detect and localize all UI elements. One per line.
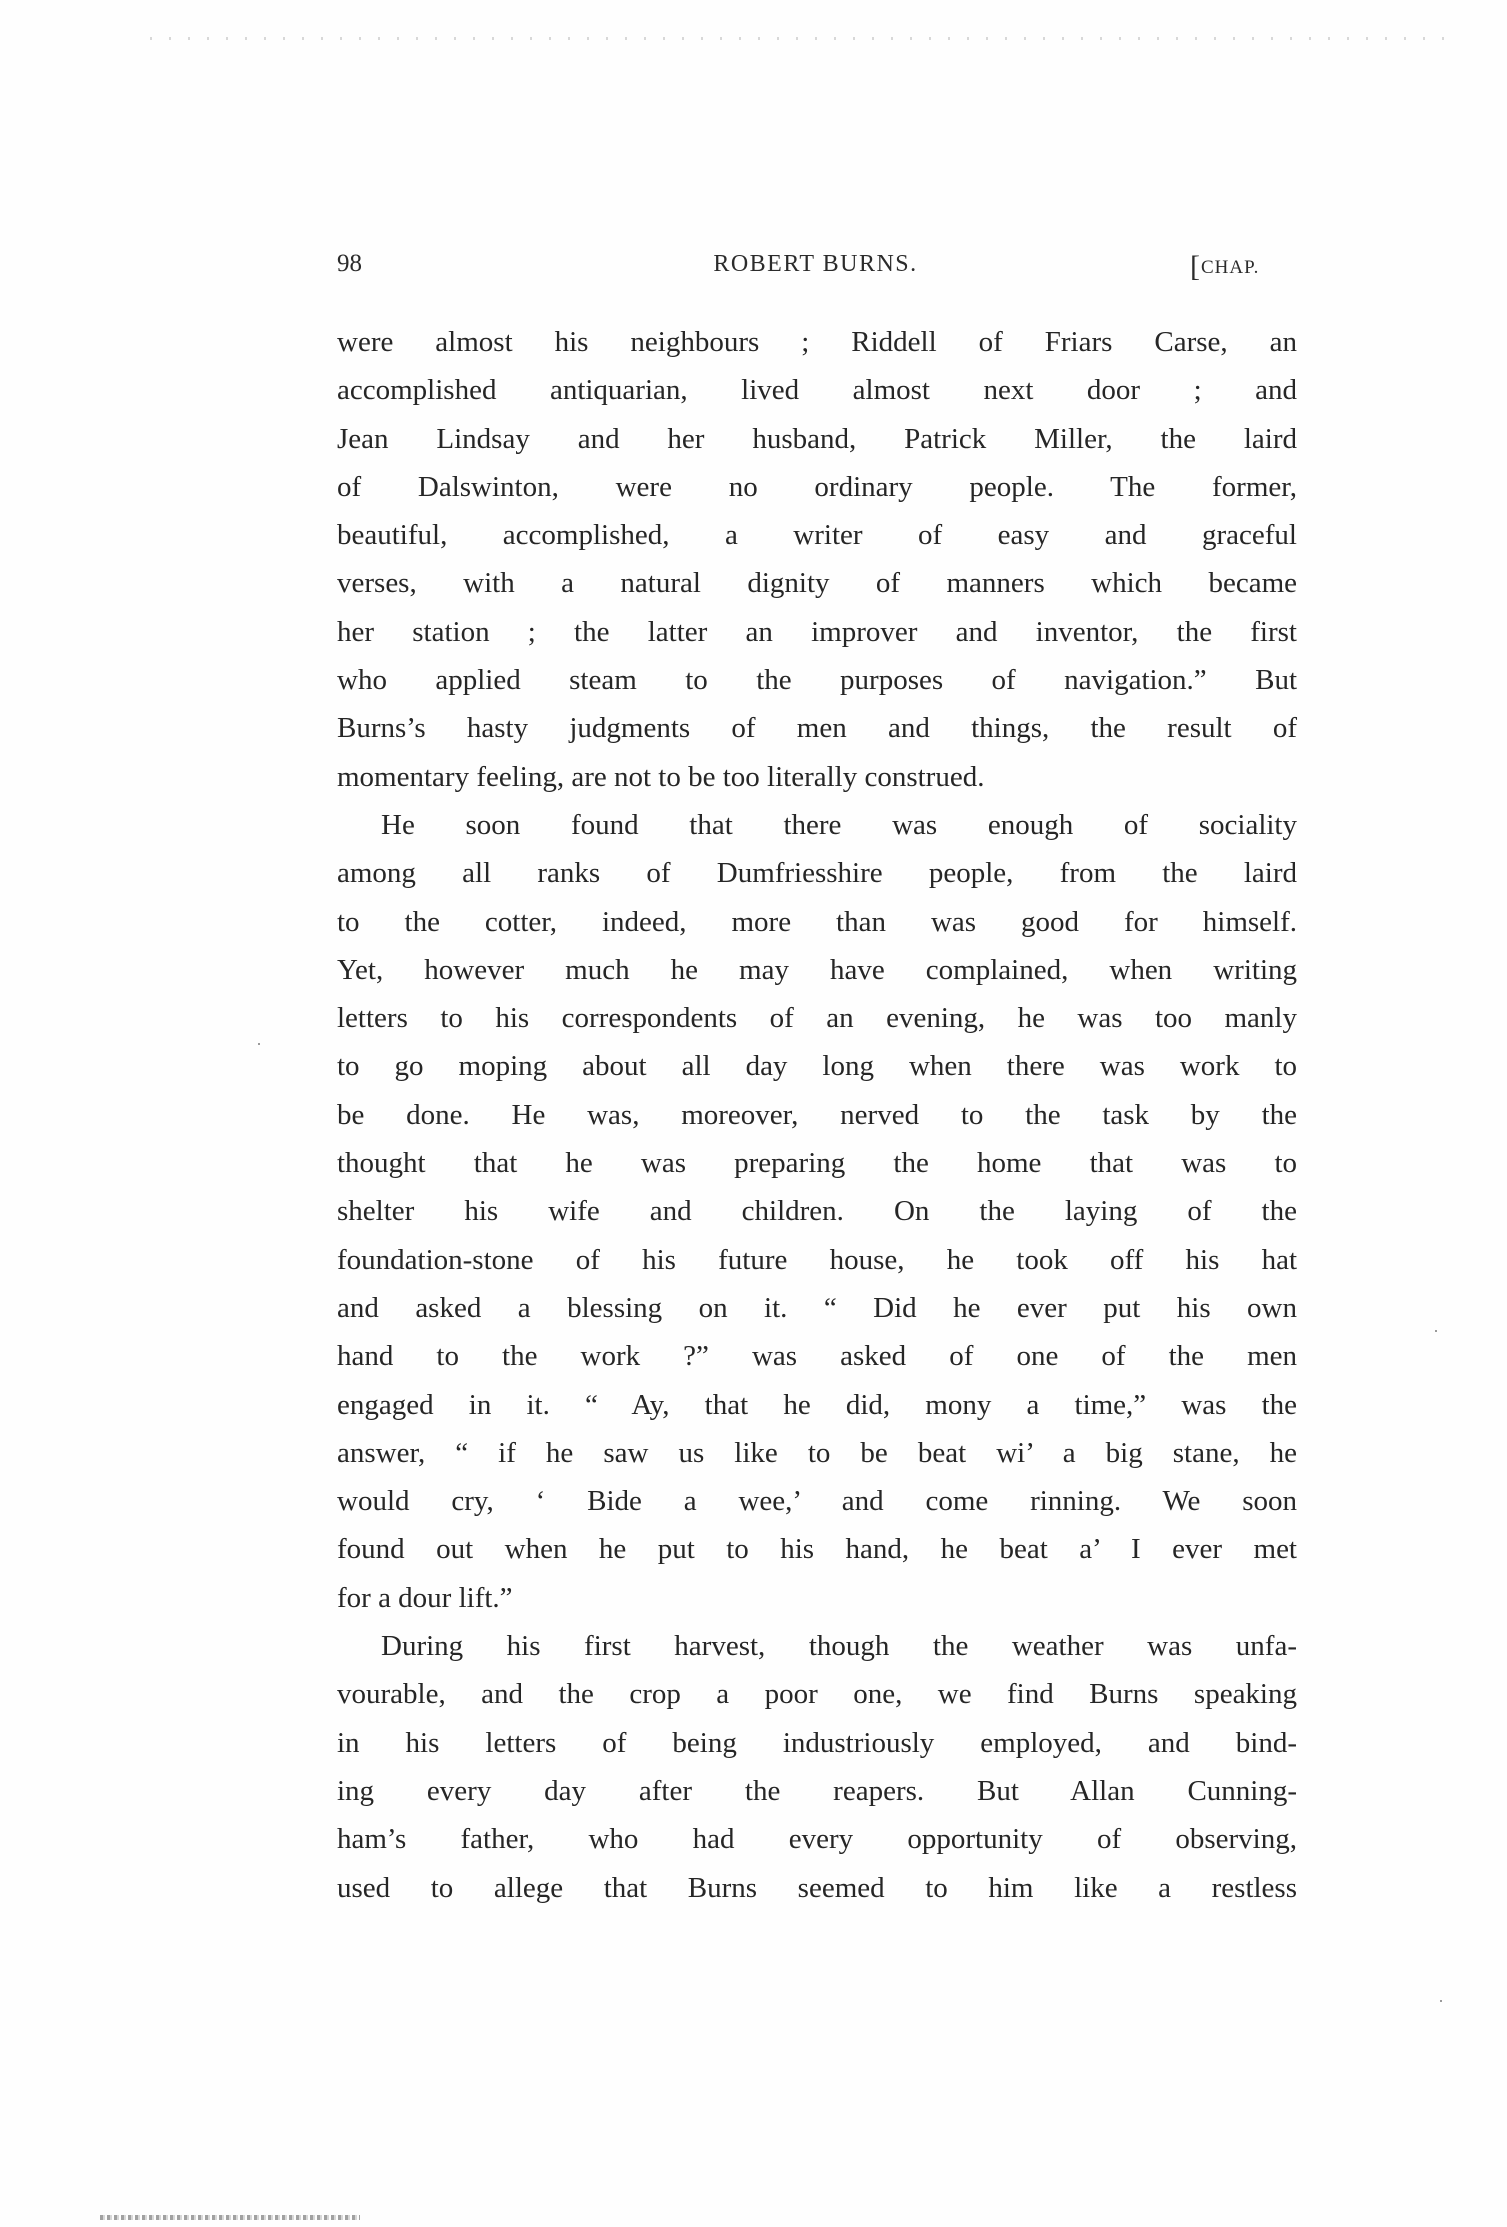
book-page: 98 ROBERT BURNS. [CHAP. were almost his … xyxy=(0,0,1507,2227)
text-line: accomplished antiquarian, lived almost n… xyxy=(337,366,1297,414)
text-line: would cry, ‘ Bide a wee,’ and come rinni… xyxy=(337,1477,1297,1525)
text-line: ham’s father, who had every opportunity … xyxy=(337,1815,1297,1863)
text-line: Yet, however much he may have complained… xyxy=(337,946,1297,994)
text-line: hand to the work ?” was asked of one of … xyxy=(337,1332,1297,1380)
text-line: used to allege that Burns seemed to him … xyxy=(337,1864,1297,1912)
scan-speck xyxy=(258,1043,260,1045)
paragraph: were almost his neighbours ; Riddell of … xyxy=(337,318,1297,801)
text-line: of Dalswinton, were no ordinary people. … xyxy=(337,463,1297,511)
text-line: and asked a blessing on it. “ Did he eve… xyxy=(337,1284,1297,1332)
text-line: to go moping about all day long when the… xyxy=(337,1042,1297,1090)
text-line: momentary feeling, are not to be too lit… xyxy=(337,753,1297,801)
text-line: answer, “ if he saw us like to be beat w… xyxy=(337,1429,1297,1477)
text-line: who applied steam to the purposes of nav… xyxy=(337,656,1297,704)
text-line: her station ; the latter an improver and… xyxy=(337,608,1297,656)
text-line: Jean Lindsay and her husband, Patrick Mi… xyxy=(337,415,1297,463)
text-line: found out when he put to his hand, he be… xyxy=(337,1525,1297,1573)
scan-speck xyxy=(1435,1330,1437,1332)
scan-speck xyxy=(1440,2000,1442,2002)
body-text: were almost his neighbours ; Riddell of … xyxy=(337,318,1297,1912)
text-line: among all ranks of Dumfriesshire people,… xyxy=(337,849,1297,897)
scan-artifact-bottom xyxy=(100,2215,360,2220)
scan-artifact-top xyxy=(150,37,1450,40)
text-line: verses, with a natural dignity of manner… xyxy=(337,559,1297,607)
paragraph: During his first harvest, though the wea… xyxy=(337,1622,1297,1912)
chapter-label-text: CHAP. xyxy=(1201,257,1259,278)
text-line: for a dour lift.” xyxy=(337,1574,1297,1622)
text-line: were almost his neighbours ; Riddell of … xyxy=(337,318,1297,366)
running-title-text: ROBERT BURNS. xyxy=(713,251,917,277)
chapter-bracket: [ xyxy=(1190,250,1201,283)
text-line: thought that he was preparing the home t… xyxy=(337,1139,1297,1187)
text-line: Burns’s hasty judgments of men and thing… xyxy=(337,704,1297,752)
text-line: letters to his correspondents of an even… xyxy=(337,994,1297,1042)
text-line: engaged in it. “ Ay, that he did, mony a… xyxy=(337,1381,1297,1429)
text-line: to the cotter, indeed, more than was goo… xyxy=(337,898,1297,946)
text-line: vourable, and the crop a poor one, we fi… xyxy=(337,1670,1297,1718)
text-line: beautiful, accomplished, a writer of eas… xyxy=(337,511,1297,559)
text-line: ing every day after the reapers. But All… xyxy=(337,1767,1297,1815)
running-title: ROBERT BURNS. xyxy=(0,248,1507,280)
paragraph: He soon found that there was enough of s… xyxy=(337,801,1297,1622)
text-line: be done. He was, moreover, nerved to the… xyxy=(337,1091,1297,1139)
text-line: shelter his wife and children. On the la… xyxy=(337,1187,1297,1235)
text-line: foundation-stone of his future house, he… xyxy=(337,1236,1297,1284)
text-line: He soon found that there was enough of s… xyxy=(337,801,1297,849)
text-line: During his first harvest, though the wea… xyxy=(337,1622,1297,1670)
chapter-label: [CHAP. xyxy=(1190,248,1259,280)
text-line: in his letters of being industriously em… xyxy=(337,1719,1297,1767)
